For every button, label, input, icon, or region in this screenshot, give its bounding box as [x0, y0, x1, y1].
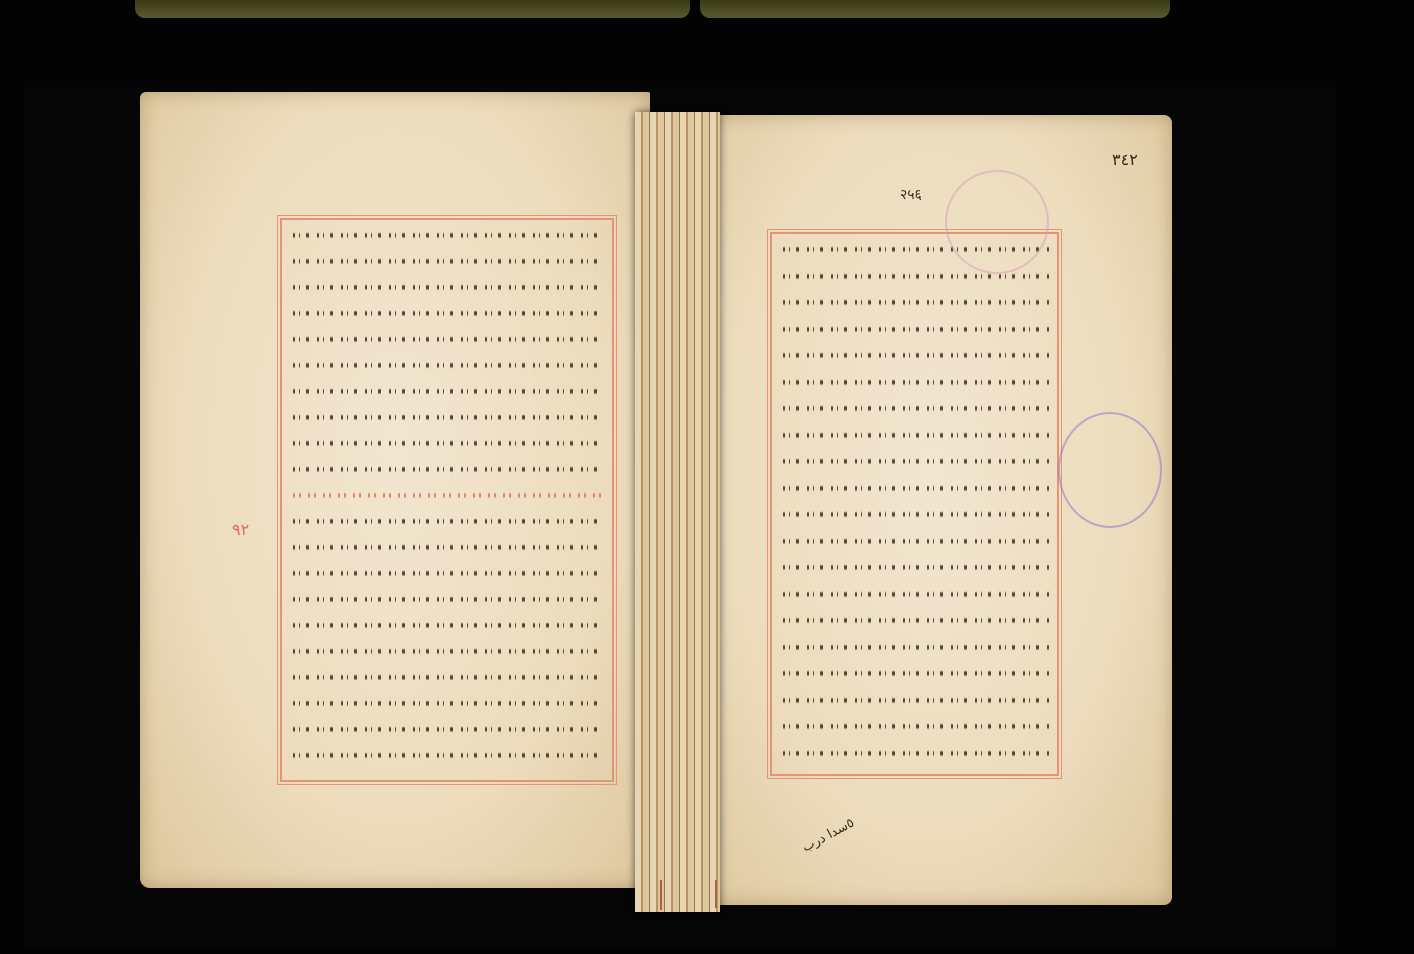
manuscript-text-line	[780, 613, 1049, 627]
slide-mount-right	[700, 0, 1170, 18]
manuscript-text-line	[290, 540, 604, 554]
manuscript-text-line	[290, 280, 604, 294]
manuscript-text-line	[290, 228, 604, 242]
slide-mount-left	[135, 0, 690, 18]
manuscript-text-line	[290, 670, 604, 684]
manuscript-text-line	[780, 719, 1049, 733]
manuscript-text-line	[780, 587, 1049, 601]
manuscript-text-line	[290, 306, 604, 320]
manuscript-text-line	[780, 428, 1049, 442]
manuscript-text-line	[290, 644, 604, 658]
folio-number-center: २५६	[900, 185, 922, 204]
binding-thread	[715, 880, 717, 908]
book-spine	[635, 112, 720, 912]
manuscript-text-line	[780, 348, 1049, 362]
manuscript-text-line	[290, 358, 604, 372]
manuscript-text-line	[780, 666, 1049, 680]
manuscript-text-line	[290, 592, 604, 606]
manuscript-text-line	[290, 696, 604, 710]
manuscript-text-line	[780, 322, 1049, 336]
library-stamp-upper	[945, 170, 1049, 274]
manuscript-text-line	[290, 462, 604, 476]
manuscript-text-line	[290, 410, 604, 424]
manuscript-text-line	[290, 722, 604, 736]
manuscript-text-line	[780, 507, 1049, 521]
manuscript-text-line	[780, 481, 1049, 495]
manuscript-text-line	[780, 746, 1049, 760]
manuscript-text-line	[290, 488, 604, 502]
binding-thread	[660, 880, 662, 910]
manuscript-text-line	[290, 748, 604, 762]
left-text-block	[280, 218, 614, 782]
left-margin-number: ٩٢	[232, 520, 249, 539]
manuscript-text-line	[290, 566, 604, 580]
manuscript-text-line	[290, 618, 604, 632]
manuscript-text-line	[290, 384, 604, 398]
manuscript-text-line	[780, 534, 1049, 548]
manuscript-text-line	[780, 295, 1049, 309]
manuscript-text-line	[290, 436, 604, 450]
manuscript-text-line	[290, 514, 604, 528]
manuscript-text-line	[290, 332, 604, 346]
manuscript-text-line	[780, 375, 1049, 389]
manuscript-text-line	[780, 454, 1049, 468]
manuscript-text-line	[780, 693, 1049, 707]
manuscript-text-line	[780, 640, 1049, 654]
manuscript-text-line	[780, 560, 1049, 574]
folio-number-top-right: ٣٤٢	[1112, 150, 1138, 169]
right-text-block	[770, 232, 1059, 776]
manuscript-text-line	[290, 254, 604, 268]
manuscript-text-line	[780, 401, 1049, 415]
library-stamp-margin	[1058, 412, 1162, 528]
